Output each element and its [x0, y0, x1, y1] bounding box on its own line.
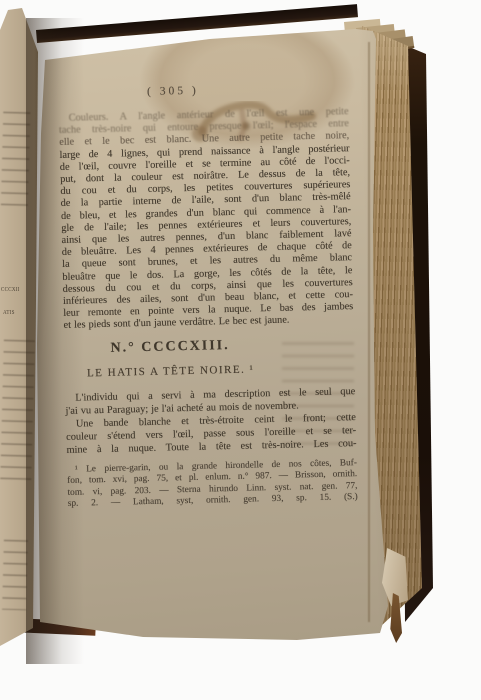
page-number: ( 305 ) [58, 81, 348, 100]
page-crease [368, 42, 370, 622]
left-page-edge: CCCXII ATIS [0, 6, 42, 652]
paragraph-2: L'individu qui a servi à ma description … [65, 385, 356, 457]
left-page-fragment-text: CCCXII [1, 286, 20, 293]
page-content: ( 305 ) Couleurs. A l'angle antérieur de… [58, 81, 358, 511]
left-page-text-streaks [0, 340, 35, 486]
section-number-heading: N.° CCCCXIII. [64, 337, 276, 358]
left-page-fragment-text: ATIS [3, 309, 15, 316]
book-photo: CCCXII ATIS ( 305 ) Couleurs. A l'angle … [0, 0, 481, 700]
left-page-text-streaks [2, 540, 28, 611]
right-page: ( 305 ) Couleurs. A l'angle antérieur de… [30, 24, 392, 652]
paragraph-1: Couleurs. A l'angle antérieur de l'œil e… [59, 106, 354, 332]
footnote: ¹ Le pierre-garin, ou la grande hirondel… [67, 458, 358, 511]
section-title: LE HATIS A TÊTE NOIRE. ¹ [65, 363, 277, 380]
left-page-text-streaks [1, 112, 31, 213]
